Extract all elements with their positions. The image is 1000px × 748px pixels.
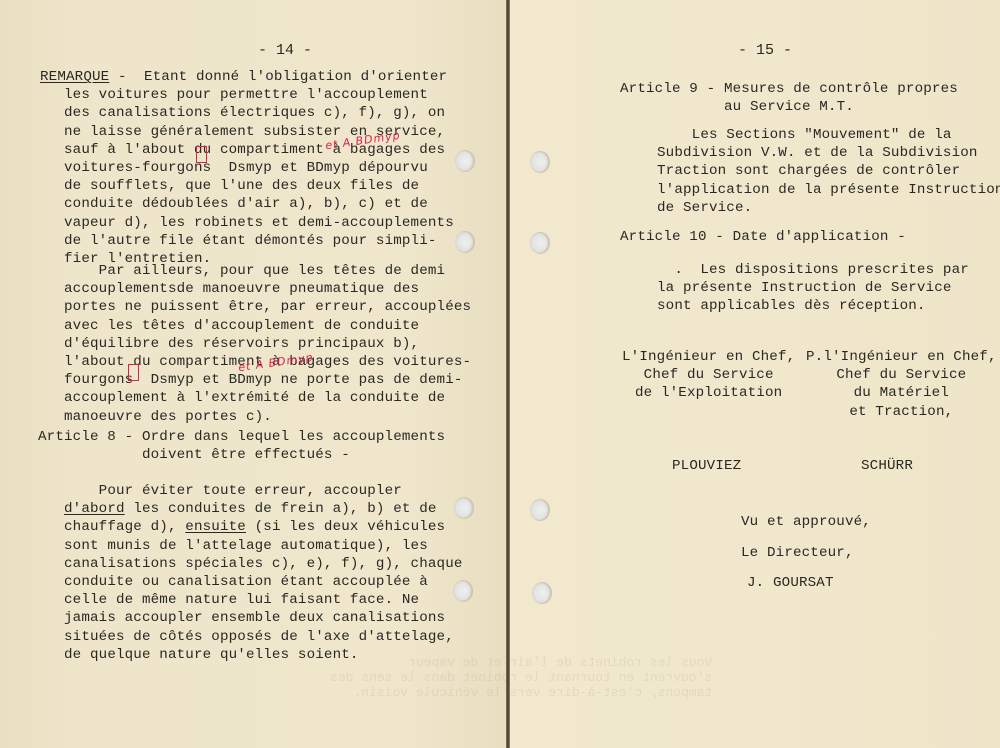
article-9-body: Les Sections "Mouvement" de la Subdivisi… <box>657 126 1000 217</box>
approval-name: J. GOURSAT <box>747 574 834 592</box>
remarque-body: les voitures pour permettre l'accoupleme… <box>64 86 454 268</box>
approval-line: Vu et approuvé, <box>741 513 871 531</box>
page-number: - 14 - <box>258 42 312 59</box>
article-8-body: Pour éviter toute erreur, accoupler d'ab… <box>64 482 463 664</box>
signatory-name: SCHÜRR <box>861 457 913 475</box>
signature-block-exploitation: L'Ingénieur en Chef, Chef du Service de … <box>622 348 795 403</box>
punch-hole-icon <box>455 231 475 253</box>
article-9-heading: Article 9 - Mesures de contrôle propres … <box>620 80 958 116</box>
article-10-heading: Article 10 - Date d'application - <box>620 228 906 246</box>
approval-title: Le Directeur, <box>741 544 854 562</box>
paragraph-portes: Par ailleurs, pour que les têtes de demi… <box>64 262 471 426</box>
correction-mark <box>128 364 139 381</box>
page-number: - 15 - <box>738 42 792 59</box>
remarque-label: REMARQUE <box>40 69 109 85</box>
binding-gutter <box>506 0 510 748</box>
signature-block-materiel: P.l'Ingénieur en Chef, Chef du Service d… <box>806 348 997 421</box>
punch-hole-icon <box>532 582 552 604</box>
remarque-paragraph: REMARQUE - Etant donné l'obligation d'or… <box>40 68 447 86</box>
article-8-heading: Article 8 - Ordre dans lequel les accoup… <box>38 428 445 464</box>
correction-mark <box>196 146 207 163</box>
punch-hole-icon <box>530 232 550 254</box>
punch-hole-icon <box>455 150 475 172</box>
punch-hole-icon <box>530 151 550 173</box>
signatory-name: PLOUVIEZ <box>672 457 741 475</box>
article-10-body: . Les dispositions prescrites par la pré… <box>657 261 969 316</box>
punch-hole-icon <box>530 499 550 521</box>
